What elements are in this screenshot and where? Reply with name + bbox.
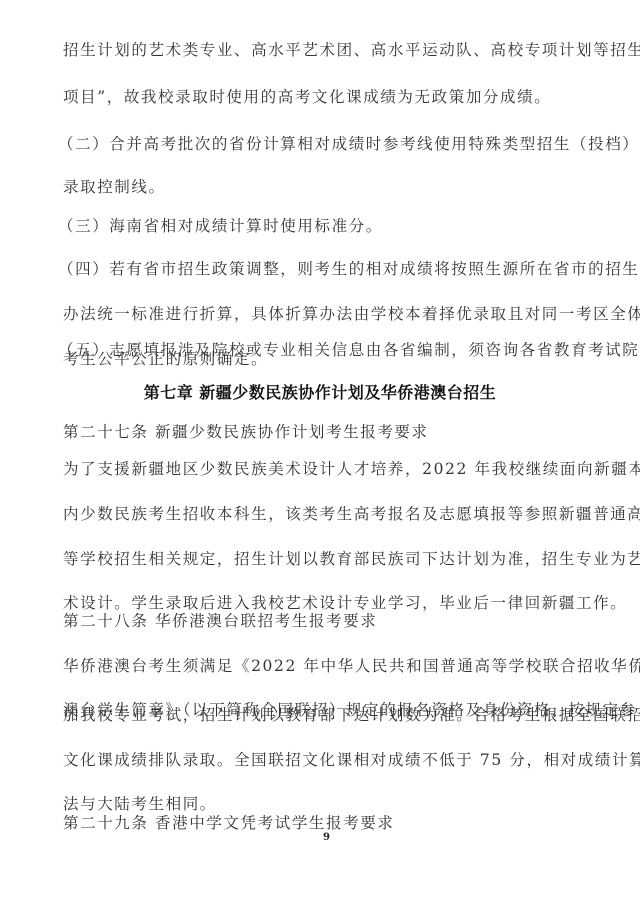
article-27-heading: 第二十七条 新疆少数民族协作计划考生报考要求 [63,422,429,442]
paragraph-line: 等学校招生相关规定，招生计划以教育部民族司下达计划为准，招生专业为艺 [63,549,640,569]
paragraph-line: 为了支援新疆地区少数民族美术设计人才培养，2022 年我校继续面向新疆本区 [63,459,640,479]
list-item-3: （三）海南省相对成绩计算时使用标准分。 [58,216,383,236]
paragraph-line: 术设计。学生录取后进入我校艺术设计专业学习，毕业后一律回新疆工作。 [63,593,627,613]
list-item-2: （二）合并高考批次的省份计算相对成绩时参考线使用特殊类型招生（投档） [58,134,639,154]
paragraph-line: 项目”，故我校录取时使用的高考文化课成绩为无政策加分成绩。 [63,87,551,107]
paragraph-line: 文化课成绩排队录取。全国联招文化课相对成绩不低于 75 分，相对成绩计算办 [63,750,640,770]
paragraph-line: 法与大陆考生相同。 [63,794,217,814]
page-number: 9 [323,832,330,843]
chapter-title: 第七章 新疆少数民族协作计划及华侨港澳台招生 [0,383,640,403]
list-item-5: （五）志愿填报涉及院校或专业相关信息由各省编制，须咨询各省教育考试院。 [58,340,640,360]
document-page: 招生计划的艺术类专业、高水平艺术团、高水平运动队、高校专项计划等招生 项目”，故… [0,0,640,905]
paragraph-line: 华侨港澳台考生须满足《2022 年中华人民共和国普通高等学校联合招收华侨港 [63,656,640,676]
paragraph-line: 招生计划的艺术类专业、高水平艺术团、高水平运动队、高校专项计划等招生 [63,40,640,60]
article-28-heading: 第二十八条 华侨港澳台联招考生报考要求 [63,611,377,631]
paragraph-line: 内少数民族考生招收本科生，该类考生高考报名及志愿填报等参照新疆普通高 [63,504,640,524]
paragraph-line: 加我校专业考试，招生计划以教育部下达计划数为准。合格考生根据全国联招 [63,705,640,725]
paragraph-line: 办法统一标准进行折算，具体折算办法由学校本着择优录取且对同一考区全体 [63,304,640,324]
paragraph-line: 录取控制线。 [63,177,166,197]
article-29-heading: 第二十九条 香港中学文凭考试学生报考要求 [63,813,394,833]
list-item-4: （四）若有省市招生政策调整，则考生的相对成绩将按照生源所在省市的招生 [58,259,639,279]
